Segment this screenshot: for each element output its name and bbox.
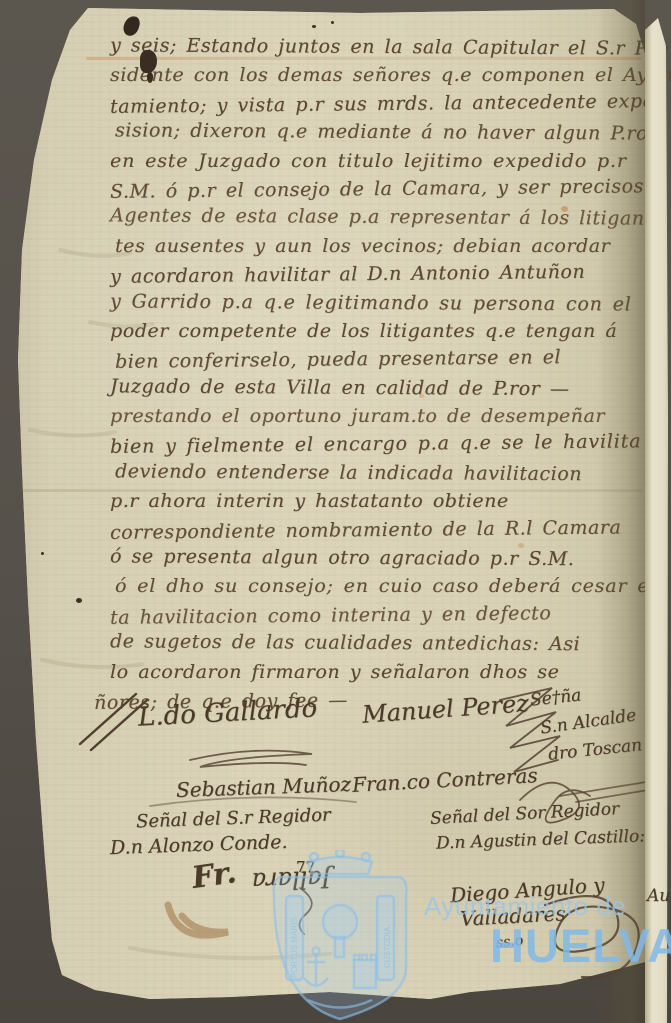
manuscript-line: lo acordaron firmaron y señalaron dhos s…: [110, 658, 655, 686]
escribano-abbreviation: ss.o: [495, 933, 524, 952]
page-fold-shadow: [596, 0, 645, 1023]
base-wave: [308, 1000, 372, 1008]
manuscript-line: Juzgado de esta Villa en calidad de P.ro…: [110, 372, 655, 404]
manuscript-line: sidente con los demas señores q.e compon…: [110, 61, 655, 89]
manuscript-line: Agentes de esta clase p.a representar á …: [110, 202, 655, 234]
rubric-fr-mark: Fr.: [190, 855, 239, 896]
ink-speck: [312, 25, 316, 28]
manuscript-line: prestando el oportuno juram.to de desemp…: [110, 402, 655, 430]
manuscript-line: p.r ahora interin y hastatanto obtiene: [110, 487, 655, 515]
manuscript-line: deviendo entenderse la indicada havilita…: [115, 457, 655, 489]
manuscript-line: correspondiente nombramiento de la R.l C…: [110, 513, 655, 547]
next-page-edge: [645, 18, 671, 1023]
manuscript-line: y seis; Estando juntos en la sala Capitu…: [110, 31, 655, 63]
manuscript-line: de sugetos de las cualidades antedichas:…: [110, 628, 655, 660]
manuscript-line: sision; dixeron q.e mediante á no haver …: [115, 117, 655, 149]
manuscript-line: y acordaron havilitar al D.n Antonio Ant…: [110, 257, 655, 291]
ink-speck: [331, 21, 334, 24]
ink-speck: [41, 552, 44, 555]
manuscript-line: bien conferirselo, pueda presentarse en …: [115, 342, 655, 376]
inverted-signature: Jallara: [252, 865, 332, 896]
manuscript-line: tes ausentes y aun los vecinos; debian a…: [115, 232, 655, 260]
next-page-text-fragment: Au: [647, 886, 670, 906]
manuscript-line: y Garrido p.a q.e legitimando su persona…: [110, 287, 655, 319]
manuscript-line: poder competente de los litigantes q.e t…: [110, 317, 655, 345]
manuscript-line: ó el dho su consejo; en cuio caso deberá…: [115, 572, 655, 600]
manuscript-line: bien y fielmente el encargo p.a q.e se l…: [110, 428, 655, 462]
manuscript-text-block: y seis; Estando juntos en la sala Capitu…: [110, 33, 655, 714]
manuscript-line: ó se presenta algun otro agraciado p.r S…: [110, 542, 655, 574]
ink-speck: [76, 598, 82, 603]
manuscript-line: en este Juzgado con titulo lejitimo expe…: [110, 147, 655, 175]
archive-photo: y seis; Estando juntos en la sala Capitu…: [0, 0, 671, 1023]
